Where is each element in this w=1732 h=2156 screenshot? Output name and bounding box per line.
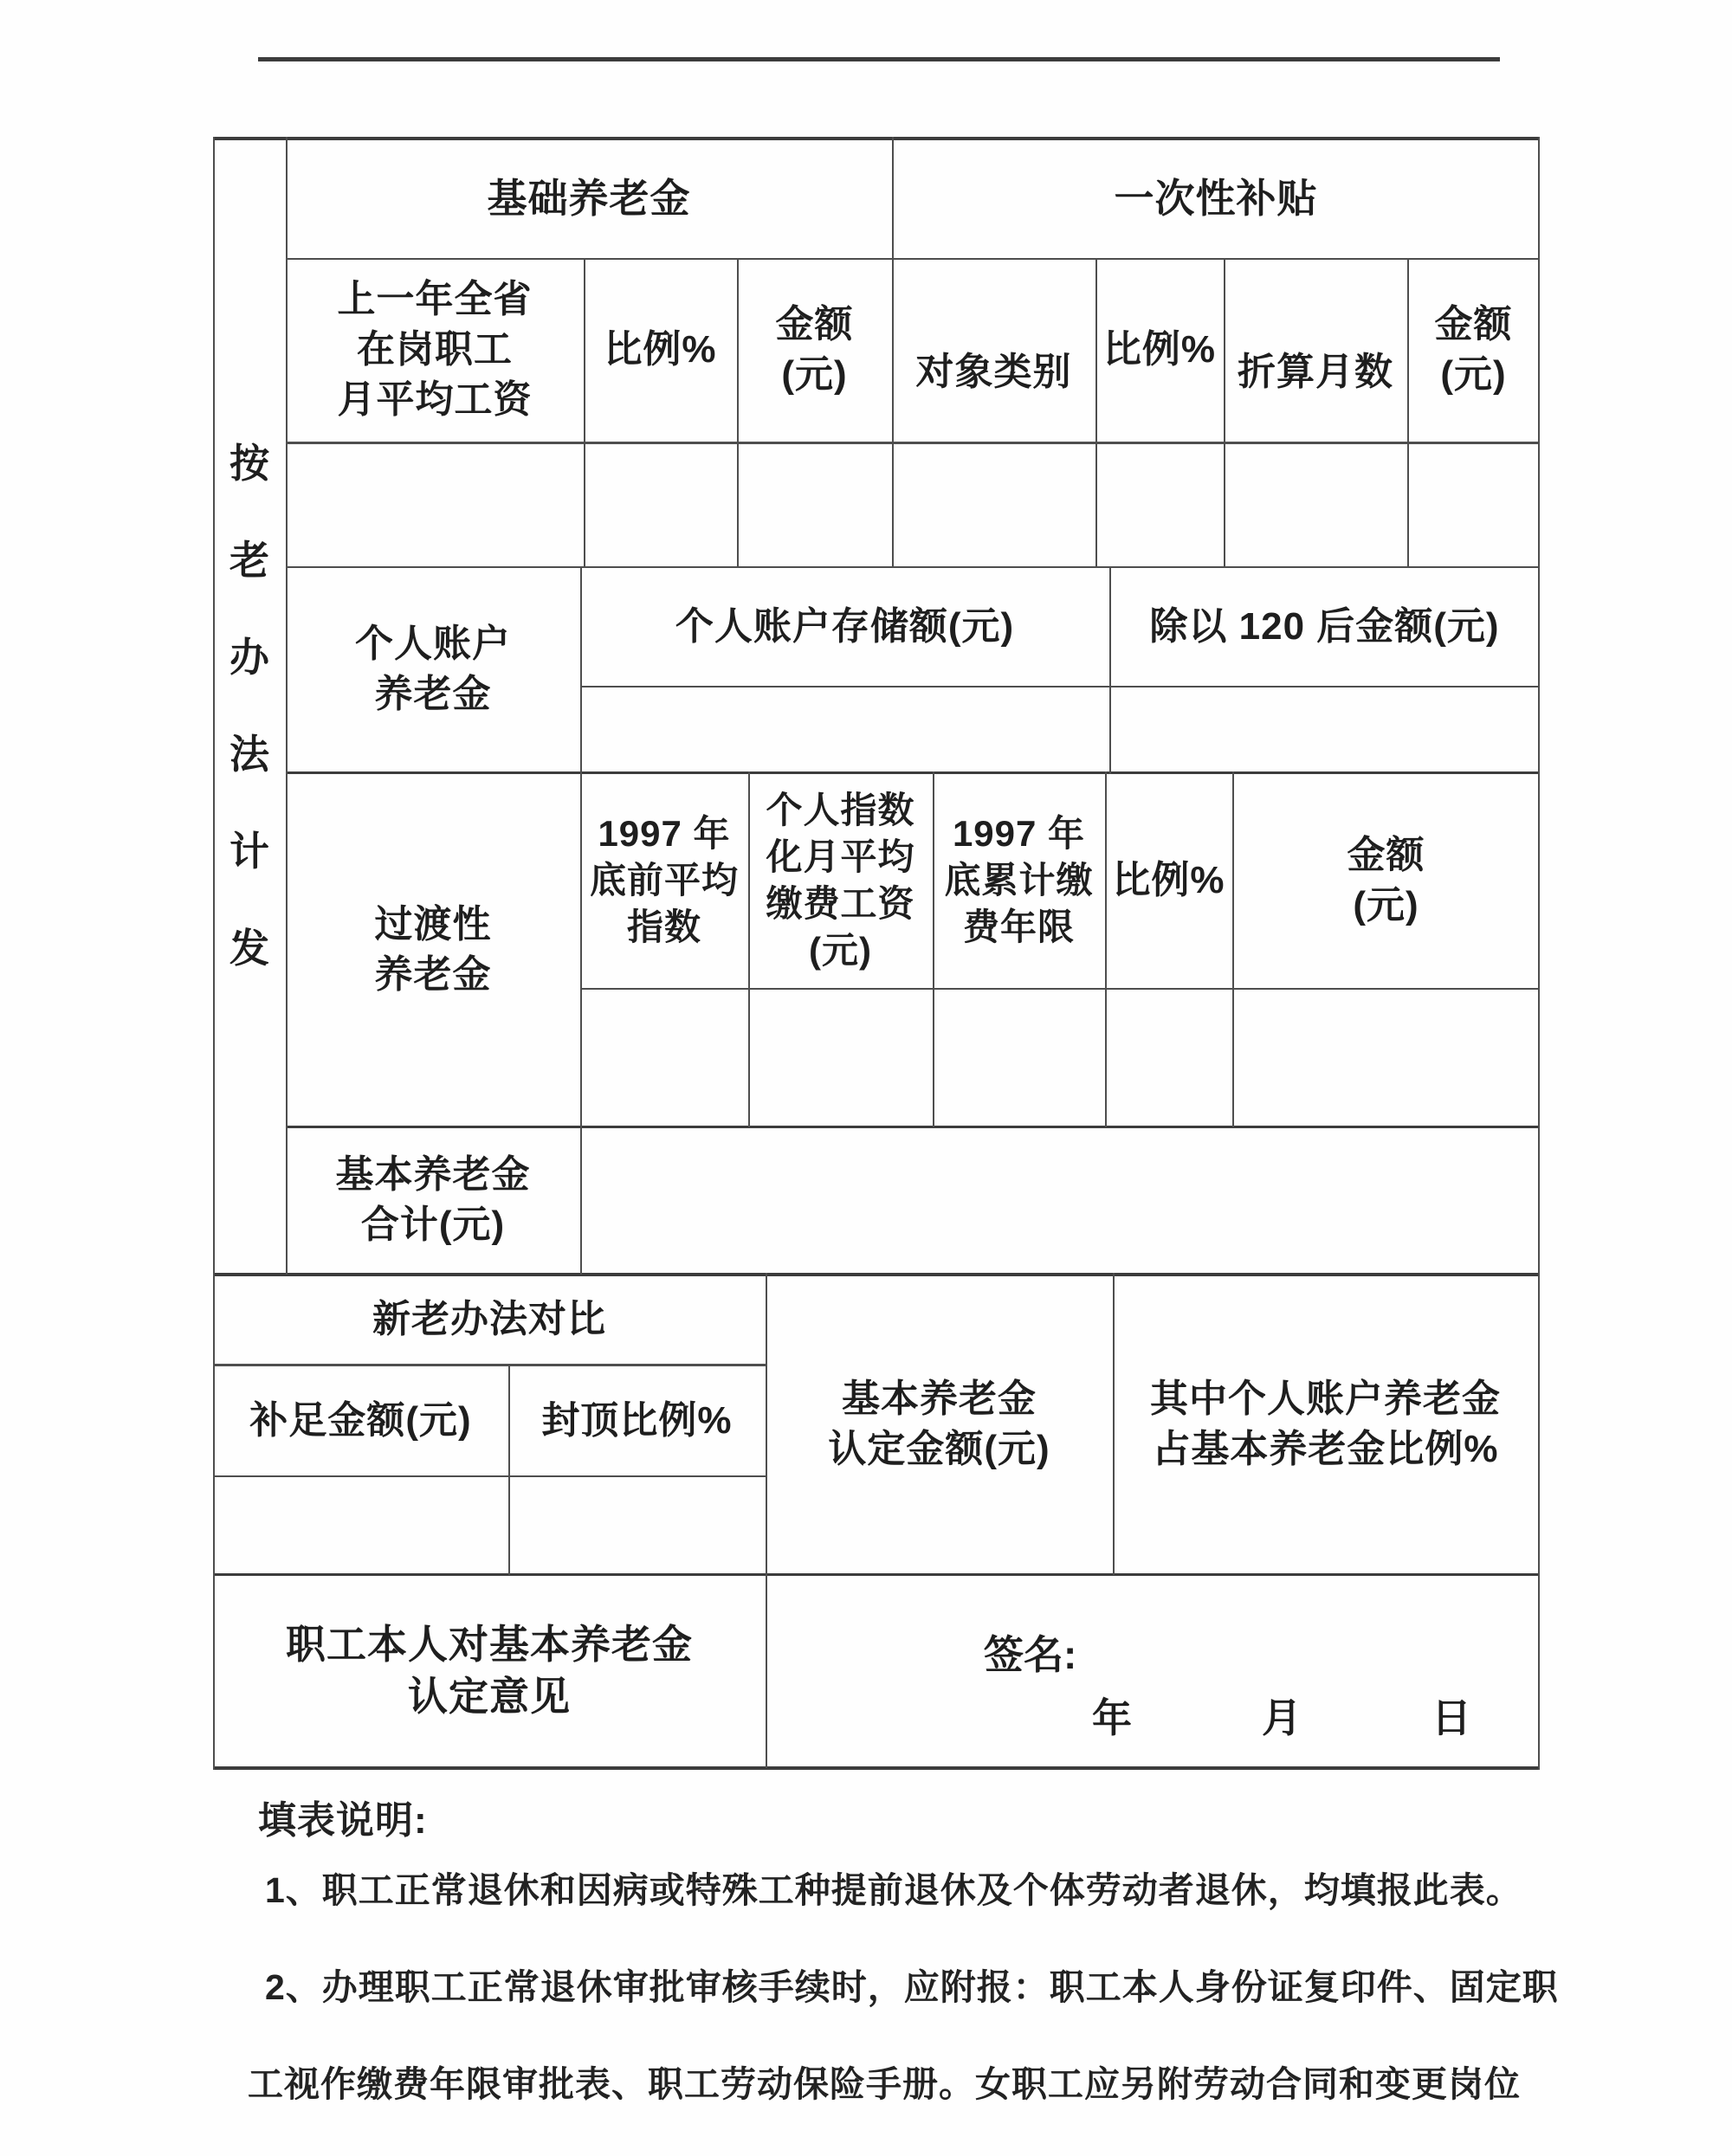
col-header-makeup-amount: 补足金额(元) xyxy=(215,1366,507,1475)
col-header-subsidy-amount: 金额 (元) xyxy=(1409,260,1538,440)
grid-line-h xyxy=(286,566,1540,568)
grid-line-h xyxy=(213,1766,1540,1770)
row-header-employee-opinion: 职工本人对基本养老金 认定意见 xyxy=(215,1576,764,1765)
col-header-subsidy-ratio: 比例% xyxy=(1097,260,1222,471)
document-page: 按 老 办 法 计 发 基础养老金 一次性补贴 上一年全省 在岗职工 月平均工资… xyxy=(0,0,1732,2156)
grid-line-v xyxy=(1538,137,1540,1770)
col-header-years-by-end-1997: 1997 年 底累计缴 费年限 xyxy=(934,775,1103,986)
col-header-basic-amount: 金额 (元) xyxy=(739,260,890,440)
top-rule xyxy=(258,57,1500,61)
footer-note-2-continued: 工视作缴费年限审批表、职工劳动保险手册。女职工应另附劳动合同和变更岗位 xyxy=(248,2056,1521,2107)
col-header-indexed-monthly-wage: 个人指数 化月平均 缴费工资 (元) xyxy=(750,775,931,986)
row-header-basic-pension-total: 基本养老金 合计(元) xyxy=(288,1128,578,1272)
col-header-divided-by-120: 除以 120 后金额(元) xyxy=(1111,569,1538,684)
col-header-basic-ratio: 比例% xyxy=(585,260,735,440)
grid-line-h xyxy=(213,1475,766,1477)
signature-cell: 签名: 年 月 日 xyxy=(767,1576,1538,1765)
header-old-new-comparison: 新老办法对比 xyxy=(215,1276,764,1363)
col-header-subsidy-category: 对象类别 xyxy=(894,260,1094,462)
signature-month-label: 月 xyxy=(1262,1687,1302,1744)
row-header-transitional: 过渡性 养老金 xyxy=(288,775,578,1124)
grid-line-h xyxy=(286,771,1540,774)
footer-note-2: 2、办理职工正常退休审批审核手续时，应附报：职工本人身份证复印件、固定职 xyxy=(265,1959,1559,2010)
header-basic-pension: 基础养老金 xyxy=(288,140,890,256)
signature-date-row: 年 月 日 xyxy=(1092,1687,1471,1744)
grid-line-h xyxy=(580,686,1540,687)
col-header-transitional-amount: 金额 (元) xyxy=(1234,775,1538,986)
signature-label: 签名: xyxy=(984,1623,1076,1681)
col-header-approved-amount: 基本养老金 认定金额(元) xyxy=(767,1276,1111,1572)
header-one-time-subsidy: 一次性补贴 xyxy=(894,140,1538,256)
col-header-index-before-1997: 1997 年 底前平均 指数 xyxy=(582,775,746,986)
col-header-avg-wage: 上一年全省 在岗职工 月平均工资 xyxy=(288,260,582,440)
grid-line-h xyxy=(580,988,1540,990)
row-header-old-method: 按 老 办 法 计 发 xyxy=(215,140,284,1271)
col-header-transitional-ratio: 比例% xyxy=(1107,775,1231,986)
col-header-account-balance: 个人账户存储额(元) xyxy=(582,569,1108,684)
signature-year-label: 年 xyxy=(1092,1687,1132,1744)
col-header-cap-ratio: 封顶比例% xyxy=(510,1366,764,1475)
col-header-subsidy-months: 折算月数 xyxy=(1225,260,1406,462)
footer-note-1: 1、职工正常退休和因病或特殊工种提前退休及个体劳动者退休，均填报此表。 xyxy=(265,1862,1522,1913)
row-header-personal-account: 个人账户 养老金 xyxy=(288,569,578,770)
col-header-account-share: 其中个人账户养老金 占基本养老金比例% xyxy=(1115,1276,1536,1572)
footer-notes-title: 填表说明: xyxy=(258,1789,428,1844)
signature-day-label: 日 xyxy=(1431,1687,1471,1744)
